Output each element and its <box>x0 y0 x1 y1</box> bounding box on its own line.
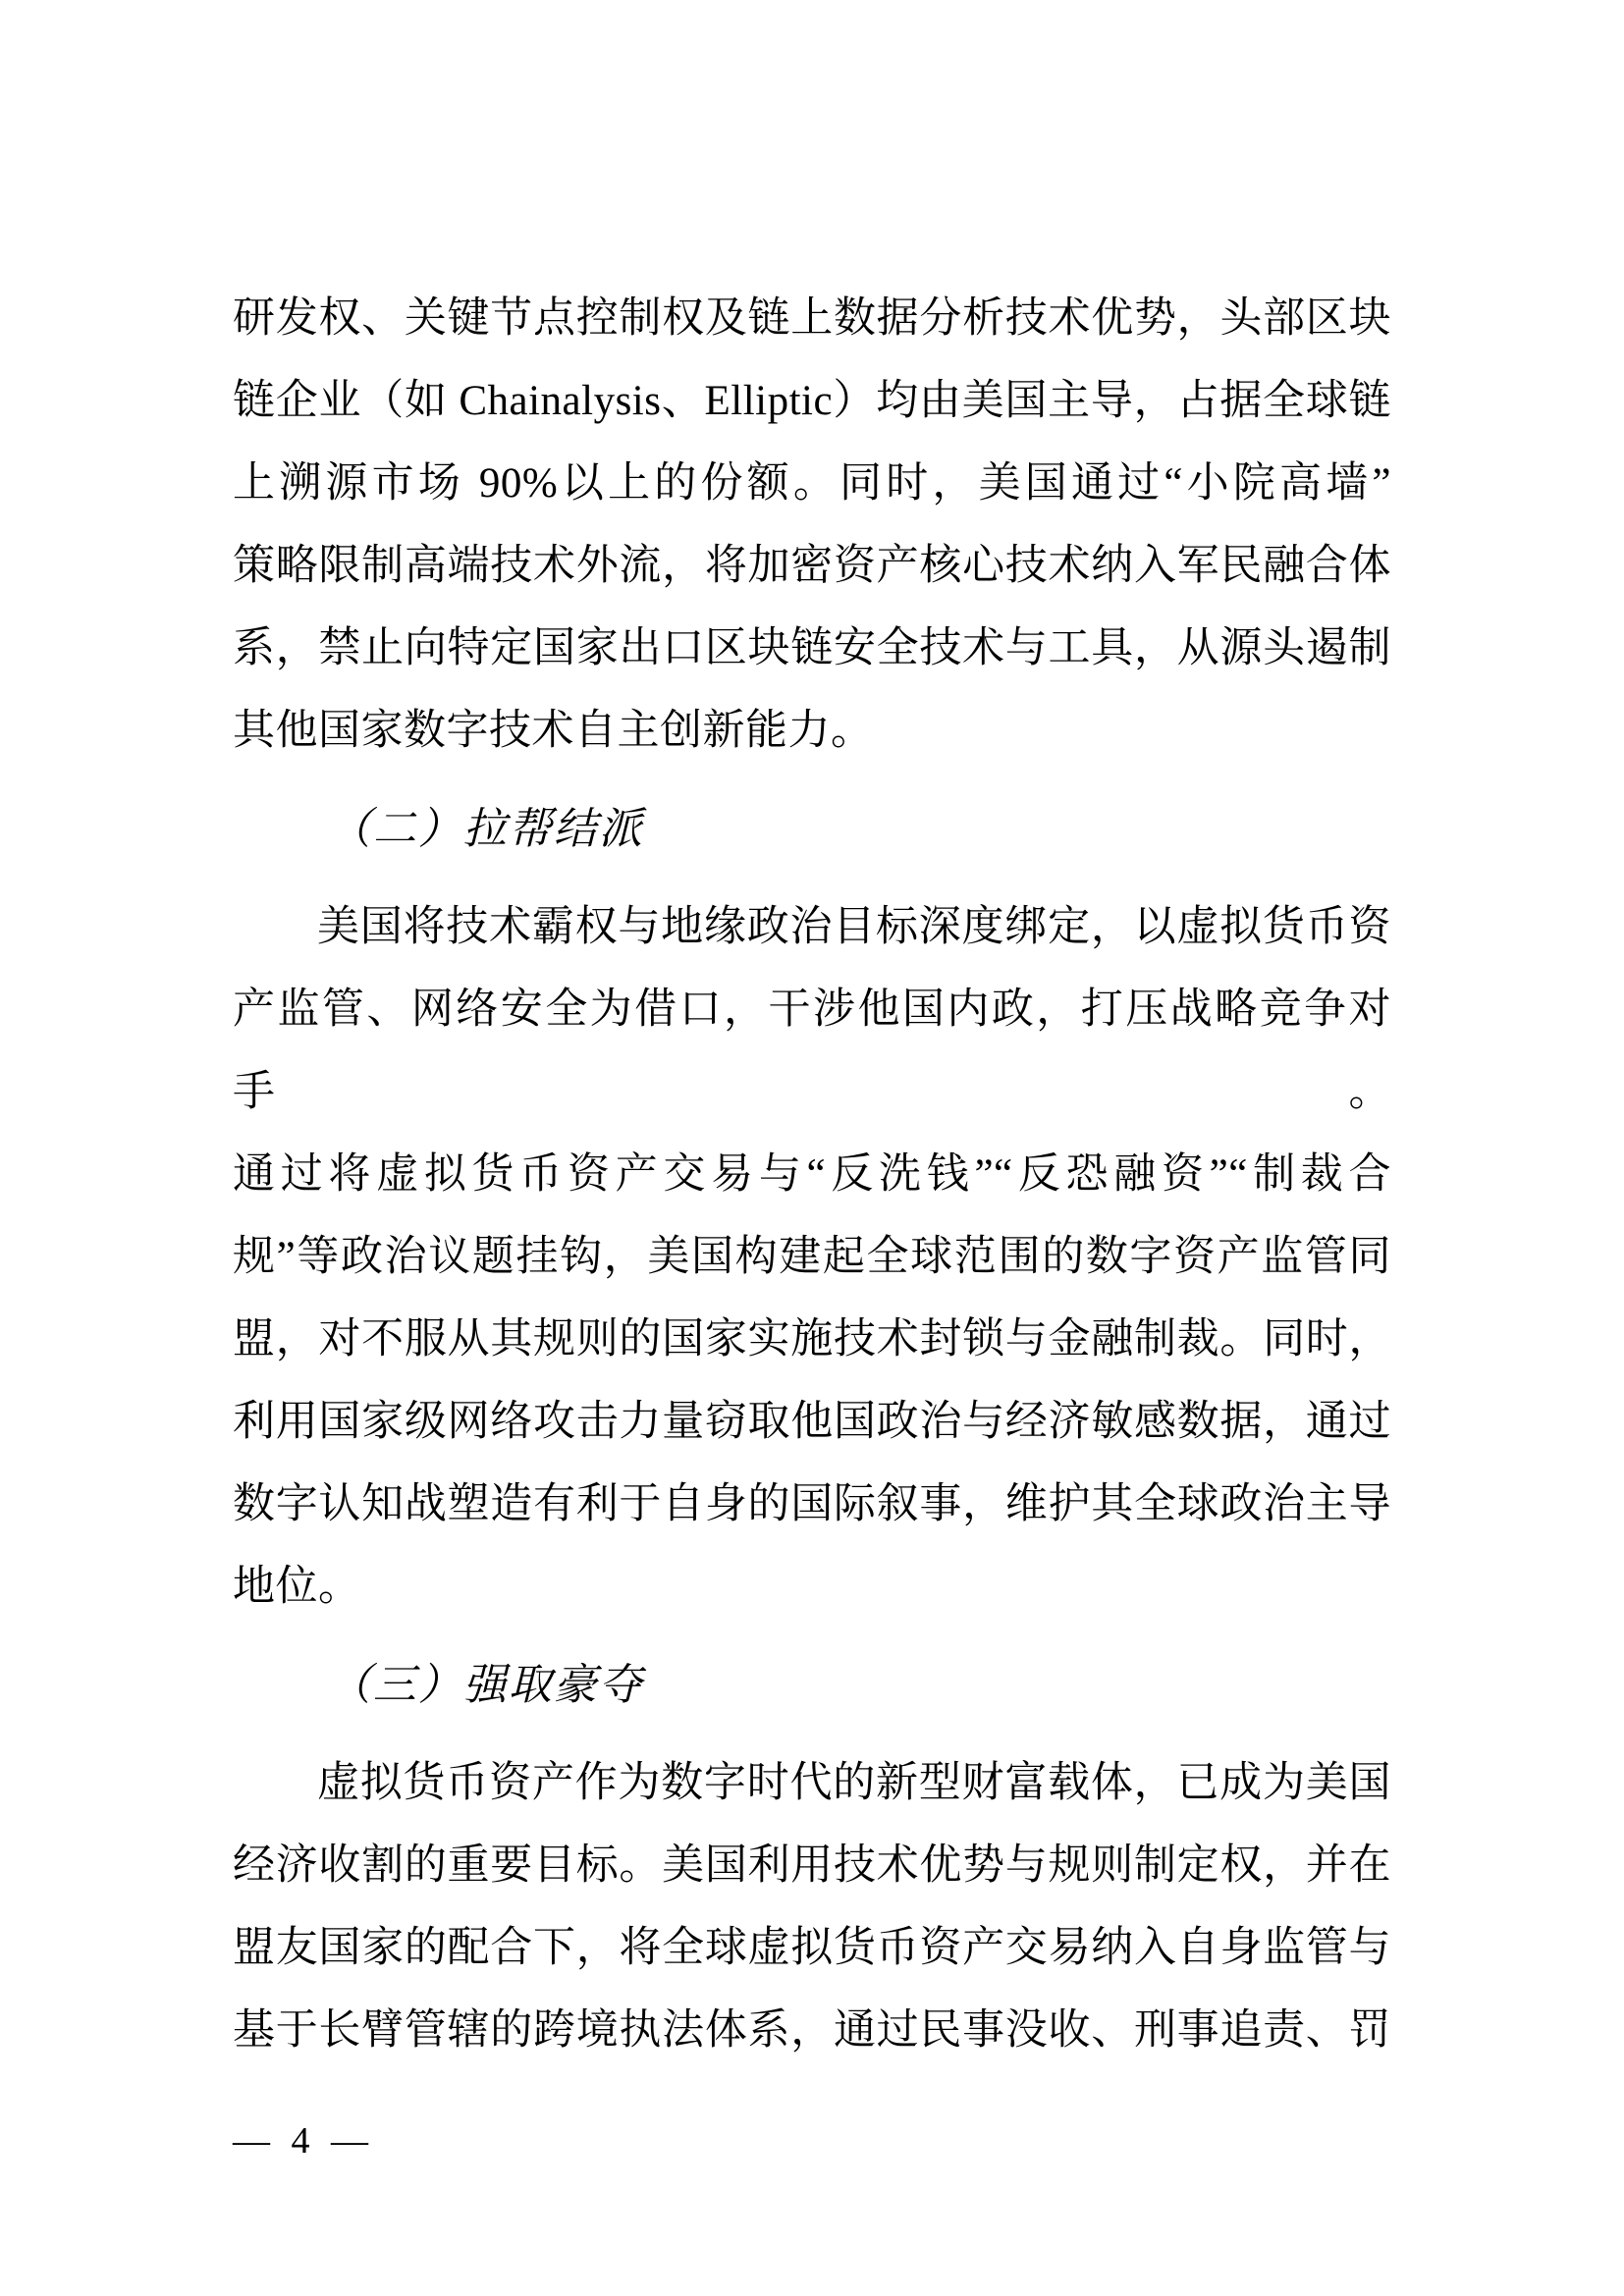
page-number: — 4 — <box>233 2116 374 2165</box>
text-line: 系，禁止向特定国家出口区块链安全技术与工具，从源头遏制 <box>233 608 1391 690</box>
section-heading: （二）拉帮结派 <box>233 788 1391 871</box>
text-line: 研发权、关键节点控制权及链上数据分析技术优势，头部区块 <box>233 278 1391 360</box>
text-line: 经济收割的重要目标。美国利用技术优势与规则制定权，并在 <box>233 1825 1391 1907</box>
text-line: 策略限制高端技术外流，将加密资产核心技术纳入军民融合体 <box>233 525 1391 608</box>
text-line: 基于长臂管辖的跨境执法体系，通过民事没收、刑事追责、罚 <box>233 1990 1391 2072</box>
text-line: 美国将技术霸权与地缘政治目标深度绑定，以虚拟货币资 <box>233 886 1391 969</box>
text-line: 盟，对不服从其规则的国家实施技术封锁与金融制裁。同时， <box>233 1299 1391 1381</box>
text-line: 规”等政治议题挂钩，美国构建起全球范围的数字资产监管同 <box>233 1216 1391 1299</box>
text-line: 数字认知战塑造有利于自身的国际叙事，维护其全球政治主导 <box>233 1464 1391 1546</box>
text-line: 地位。 <box>233 1546 1391 1629</box>
document-page: 研发权、关键节点控制权及链上数据分析技术优势，头部区块链企业（如 Chainal… <box>0 0 1624 2296</box>
text-line: 上溯源市场 90%以上的份额。同时，美国通过“小院高墙” <box>233 443 1391 525</box>
section-heading: （三）强取豪夺 <box>233 1644 1391 1727</box>
text-line: 产监管、网络安全为借口，干涉他国内政，打压战略竞争对手。 <box>233 969 1391 1134</box>
document-body: 研发权、关键节点控制权及链上数据分析技术优势，头部区块链企业（如 Chainal… <box>233 278 1391 2072</box>
text-line: 盟友国家的配合下，将全球虚拟货币资产交易纳入自身监管与 <box>233 1907 1391 1990</box>
text-line: 通过将虚拟货币资产交易与“反洗钱”“反恐融资”“制裁合 <box>233 1134 1391 1216</box>
text-line: 其他国家数字技术自主创新能力。 <box>233 690 1391 773</box>
text-line: 虚拟货币资产作为数字时代的新型财富载体，已成为美国 <box>233 1742 1391 1825</box>
text-line: 链企业（如 Chainalysis、Elliptic）均由美国主导，占据全球链 <box>233 360 1391 443</box>
text-line: 利用国家级网络攻击力量窃取他国政治与经济敏感数据，通过 <box>233 1381 1391 1464</box>
